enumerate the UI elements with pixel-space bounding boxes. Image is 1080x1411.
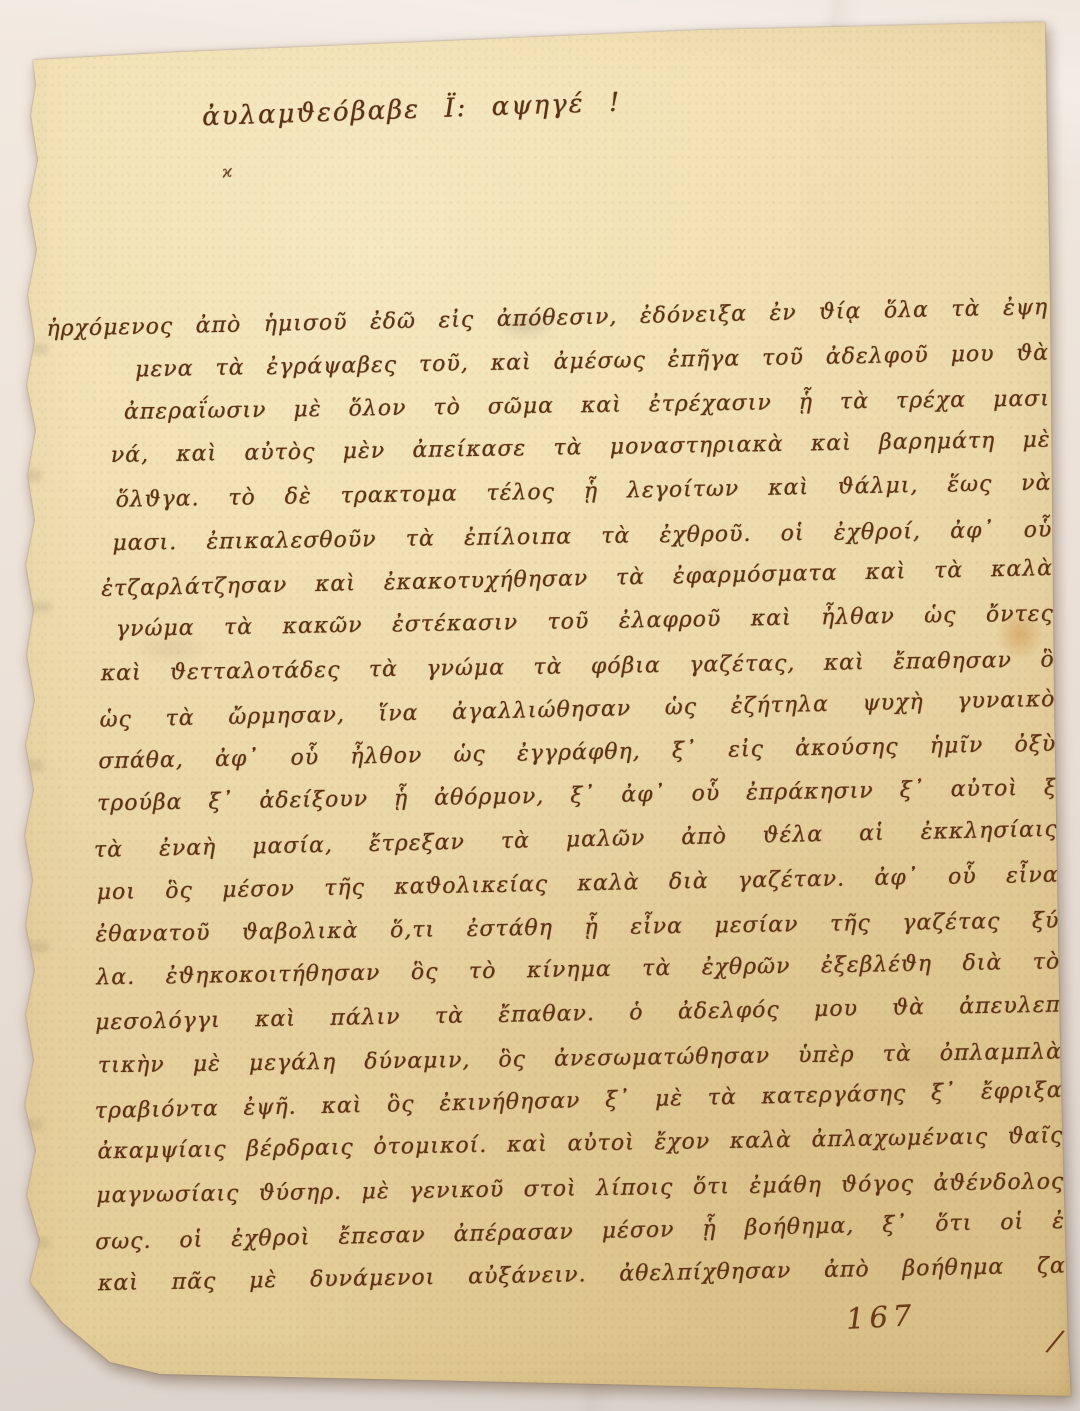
bleedthrough-mark — [4, 344, 48, 354]
page-shadow-wrapper: ἀυλαμϑεόβαβε Ϊ: αψηγέ ! ϰ ἠρχόμενος ἀπὸ … — [0, 0, 1080, 1411]
ink-stroke-mark: / — [1046, 1323, 1063, 1359]
letter-body: ἠρχόμενος ἀπὸ ἡμισοῦ ἐδῶ εἰς ἀπόθεσιν, ἐ… — [46, 288, 1066, 1307]
bleedthrough-mark — [6, 602, 52, 612]
letter-heading: ἀυλαμϑεόβαβε Ϊ: αψηγέ ! — [202, 86, 673, 132]
bleedthrough-mark — [3, 1120, 43, 1130]
bleedthrough-mark — [2, 470, 42, 481]
bleedthrough-mark — [5, 942, 49, 952]
manuscript-page: ἀυλαμϑεόβαβε Ϊ: αψηγέ ! ϰ ἠρχόμενος ἀπὸ … — [0, 0, 1080, 1411]
page-number: 167 — [845, 1298, 917, 1336]
bleedthrough-mark — [6, 1238, 50, 1248]
ink-flourish-mark: ϰ — [221, 161, 234, 181]
bleedthrough-mark — [2, 760, 44, 771]
manuscript-photo: ἀυλαμϑεόβαβε Ϊ: αψηγέ ! ϰ ἠρχόμενος ἀπὸ … — [0, 0, 1080, 1411]
